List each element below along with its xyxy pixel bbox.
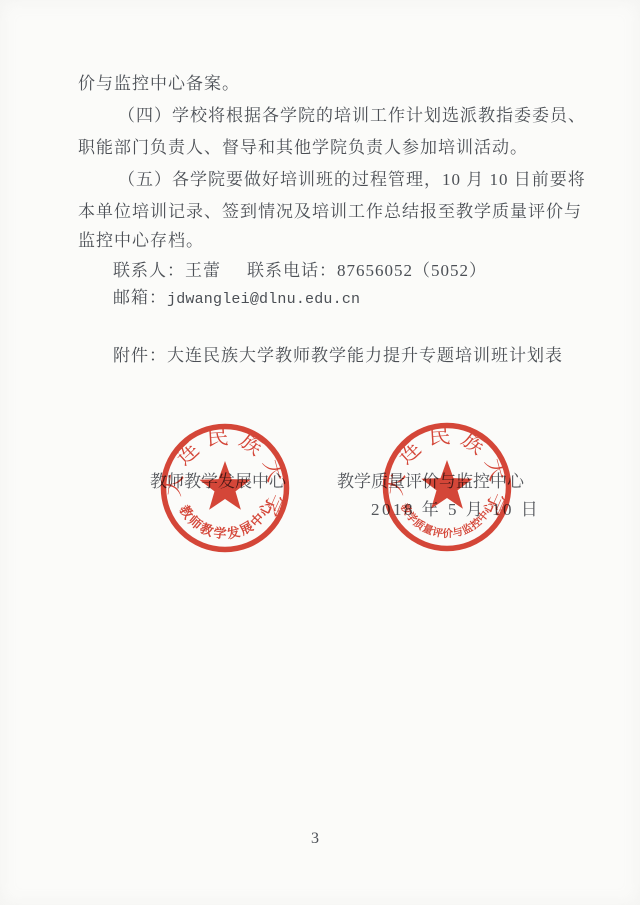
contact-person: 联系人：王蕾: [113, 261, 221, 281]
document-page: 价与监控中心备案。 （四）学校将根据各学院的培训工作计划选派教指委委员、 职能部…: [0, 0, 640, 905]
star-icon: [421, 460, 472, 509]
paragraph-line: （五）各学院要做好培训班的过程管理，10 月 10 日前要将: [118, 170, 586, 190]
paragraph-line: （四）学校将根据各学院的培训工作计划选派教指委委员、: [118, 106, 586, 126]
seal-stamp-right-icon: 大连民族大学 教学质量评价与监控中心: [377, 417, 517, 557]
contact-email-line: 邮箱：jdwanglei@dlnu.edu.cn: [113, 288, 360, 310]
paragraph-line: 价与监控中心备案。: [78, 74, 240, 94]
paragraph-line: 职能部门负责人、督导和其他学院负责人参加培训活动。: [78, 138, 528, 158]
email-address: jdwanglei@dlnu.edu.cn: [167, 291, 360, 308]
attachment-line: 附件：大连民族大学教师教学能力提升专题培训班计划表: [113, 346, 563, 366]
email-label: 邮箱：: [113, 288, 167, 307]
star-icon: [199, 461, 250, 510]
paragraph-line: 监控中心存档。: [78, 231, 204, 251]
contact-phone: 联系电话：87656052（5052）: [247, 261, 487, 281]
paragraph-line: 本单位培训记录、签到情况及培训工作总结报至教学质量评价与: [78, 202, 582, 222]
seal-stamp-left-icon: 大连民族大学 教师教学发展中心: [155, 418, 295, 558]
page-number: 3: [295, 830, 335, 848]
